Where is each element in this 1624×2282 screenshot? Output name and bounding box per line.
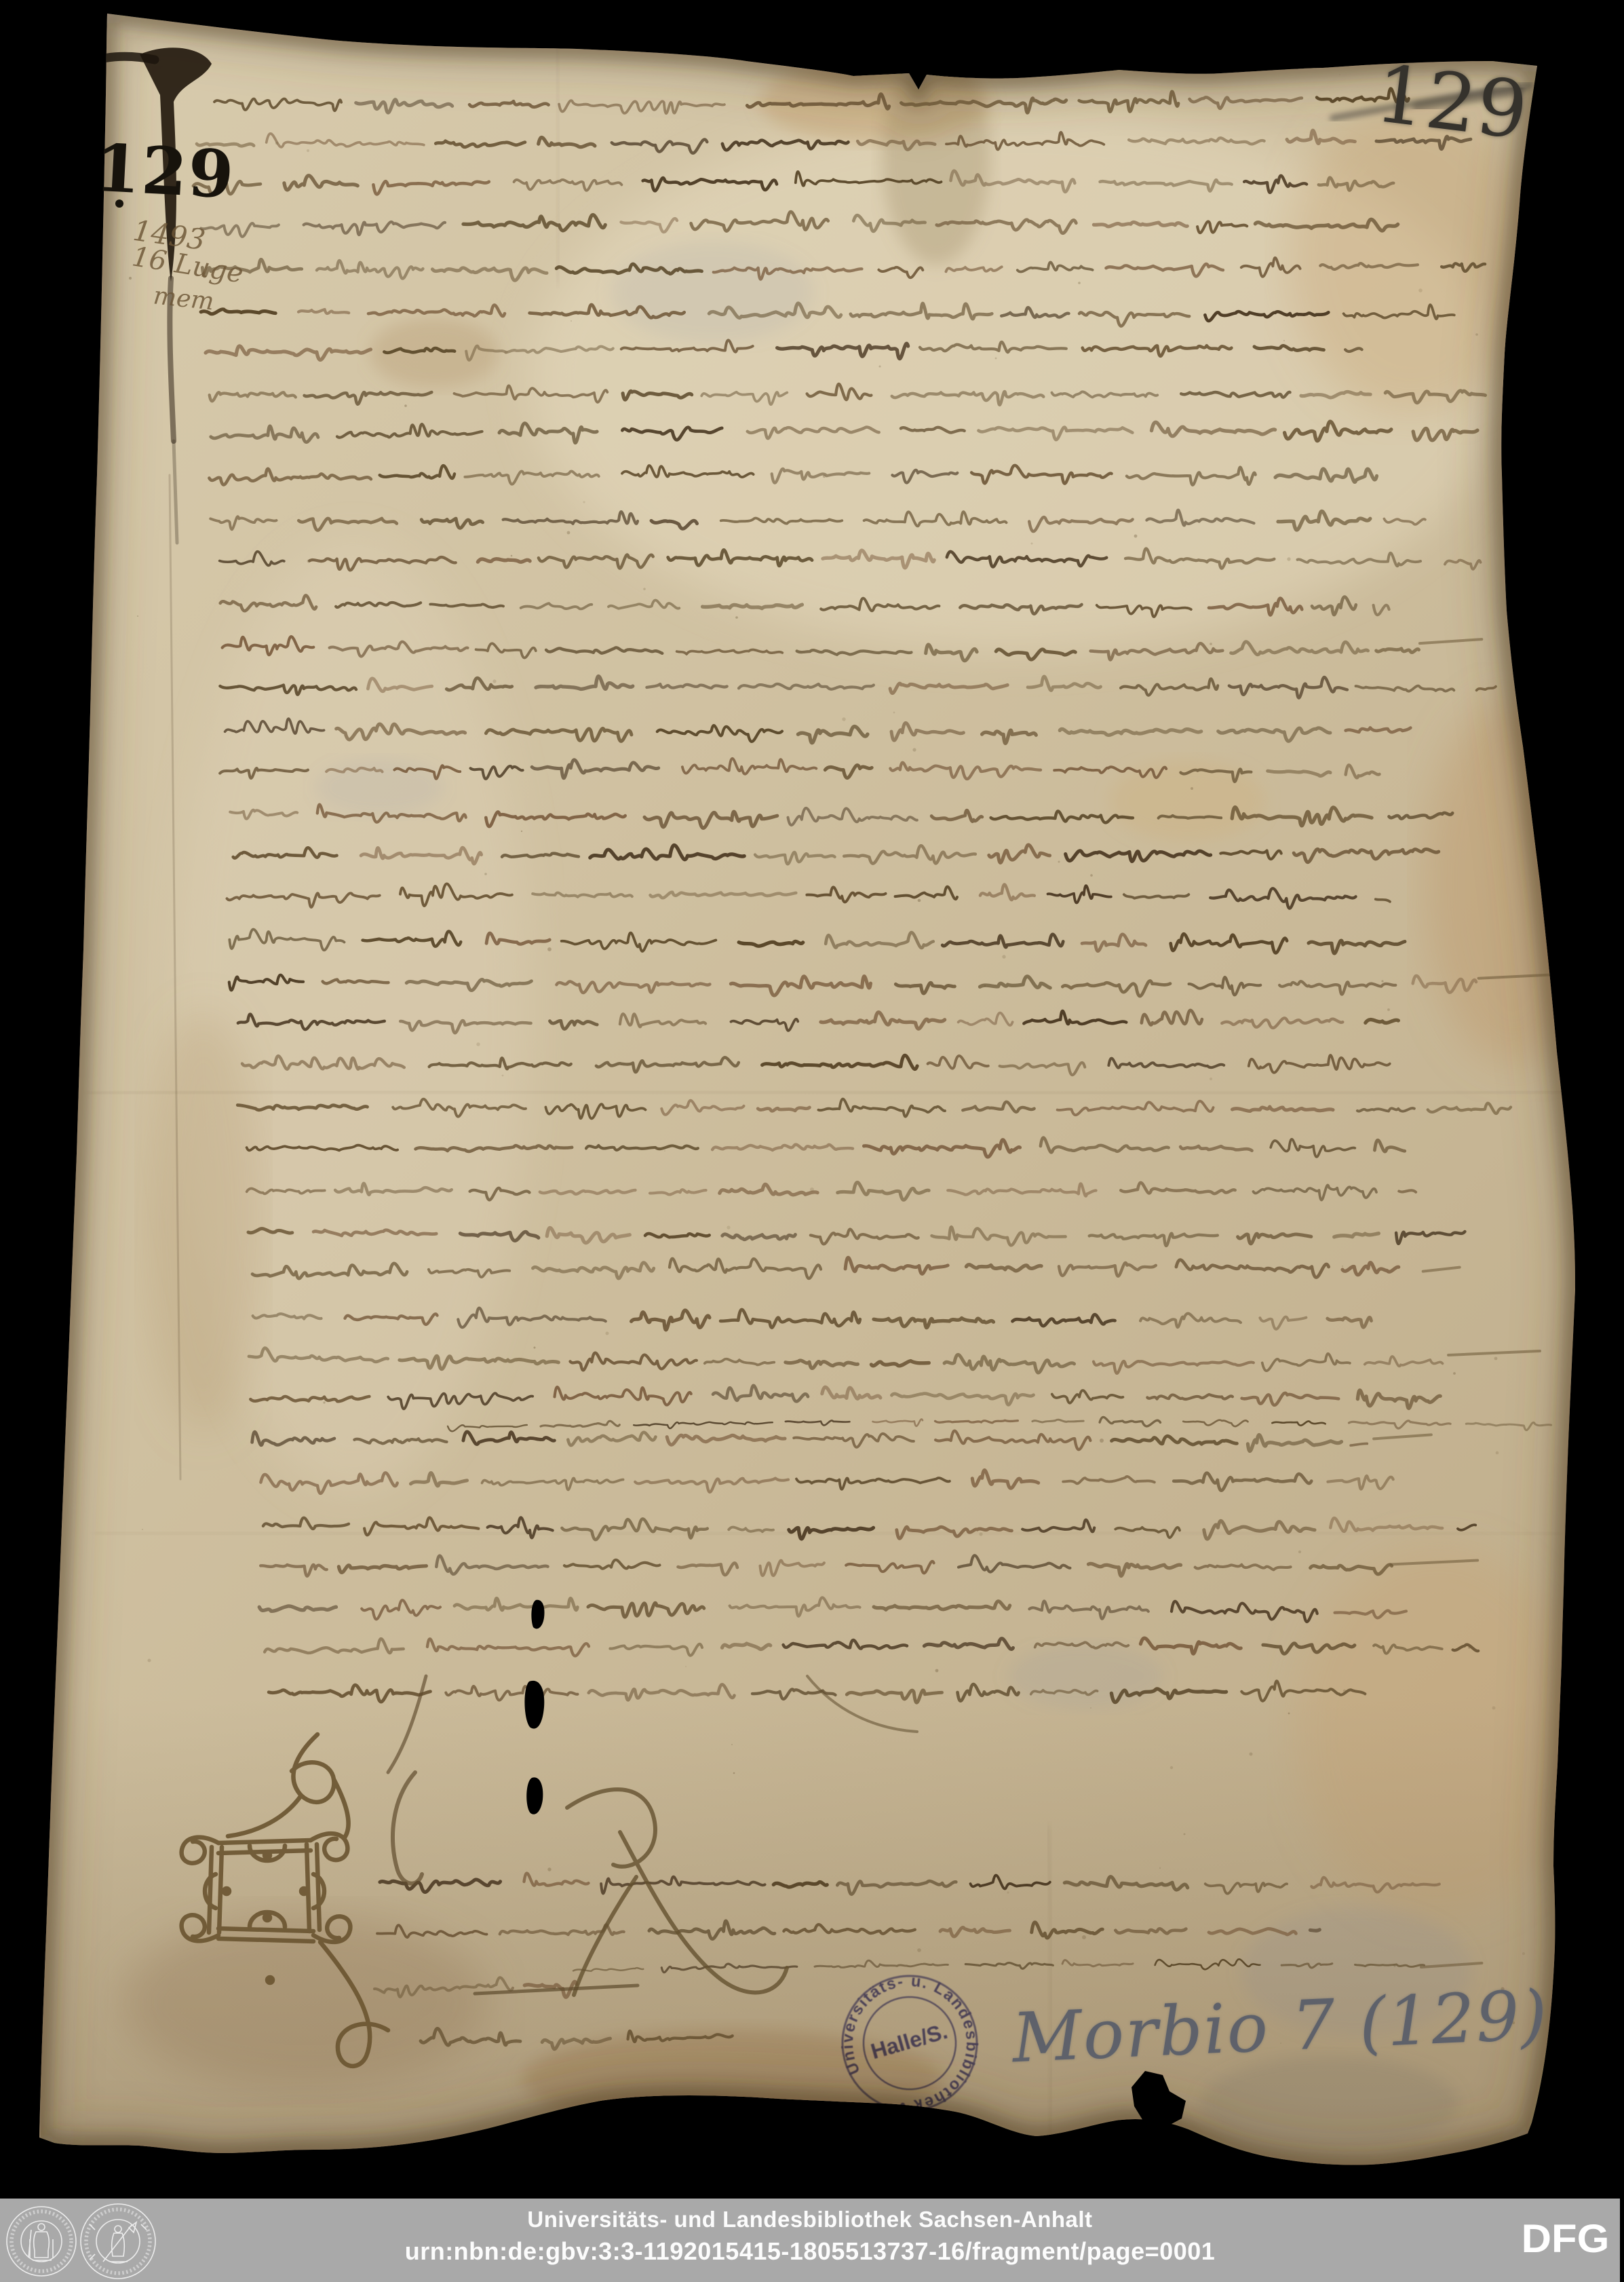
parchment-scan	[0, 0, 1624, 2282]
footer-institution: Universitäts- und Landesbibliothek Sachs…	[0, 2207, 1620, 2232]
stamp-center-text: Halle/S.	[868, 2019, 950, 2064]
viewer-footer: Universitäts- und Landesbibliothek Sachs…	[0, 2199, 1620, 2282]
dfg-logo: DFG	[1521, 2216, 1609, 2262]
footer-urn: urn:nbn:de:gbv:3:3-1192015415-1805513737…	[0, 2237, 1620, 2266]
scan-viewer-page: 129 129 1493 16 Luge mem Morbio 7 (129) …	[0, 0, 1624, 2282]
